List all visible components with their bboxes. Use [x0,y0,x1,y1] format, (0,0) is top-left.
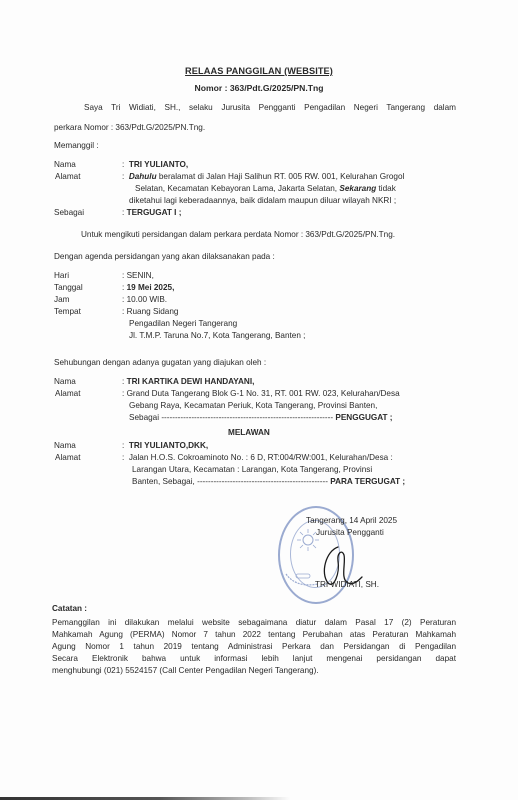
sekarang-text: Sekarang [339,184,376,193]
defendants-nama-value: TRI YULIANTO,DKK, [129,441,208,450]
summoned-alamat-line-3: diketahui lagi keberadaannya, baik didal… [129,196,396,205]
defendants-alamat-line-3: Banten, Sebagai, -----------------------… [132,477,405,486]
plaintiff-nama: : TRI KARTIKA DEWI HANDAYANI, [122,377,254,386]
catatan-heading: Catatan : [52,604,87,613]
plaintiff-role: PENGGUGAT ; [335,413,392,422]
catatan-line-3: Agung Nomor 1 tahun 2019 tentang Adminis… [52,642,456,651]
summoned-sebagai: : TERGUGAT I ; [122,208,181,217]
defendants-alamat-line-1: : Jalan H.O.S. Cokroaminoto No. : 6 D, R… [122,453,393,462]
summoned-alamat-line-2: Selatan, Kecamatan Kebayoran Lama, Jakar… [135,184,396,193]
plaintiff-alamat-line-2: Gebang Raya, Kecamatan Periuk, Kota Tang… [129,401,377,410]
defendants-alamat-label: Alamat [55,453,80,462]
summoned-sebagai-value: TERGUGAT I ; [127,208,182,217]
tempat: : Ruang Sidang [122,307,178,316]
summoned-sebagai-label: Sebagai [54,208,84,217]
intro-line-1: Saya Tri Widiati, SH., selaku Jurusita P… [84,103,456,112]
document-number: Nomor : 363/Pdt.G/2025/PN.Tng [0,83,518,93]
plaintiff-alamat-label: Alamat [55,389,80,398]
summoned-alamat-label: Alamat [55,172,80,181]
jam-value: 10.00 WIB. [127,295,168,304]
tempat-line-1: Ruang Sidang [127,307,179,316]
hari-value: SENIN, [127,271,154,280]
signature-name: TRI WIDIATI, SH. [315,580,379,589]
tempat-line-3: Jl. T.M.P. Taruna No.7, Kota Tangerang, … [129,331,305,340]
plaintiff-nama-value: TRI KARTIKA DEWI HANDAYANI, [127,377,255,386]
untuk-line: Untuk mengikuti persidangan dalam perkar… [81,230,395,239]
catatan-line-1: Pemanggilan ini dilakukan melalui websit… [52,618,456,627]
document-title: RELAAS PANGGILAN (WEBSITE) [0,66,518,76]
dahulu-text: Dahulu [129,172,157,181]
signature-place-date: Tangerang, 14 April 2025 [306,516,397,525]
alamat-line-2-pre: Selatan, Kecamatan Kebayoran Lama, Jakar… [135,184,339,193]
plaintiff-nama-label: Nama [54,377,76,386]
alamat-line-2-post: tidak [376,184,396,193]
intro-line-2: perkara Nomor : 363/Pdt.G/2025/PN.Tng. [54,123,205,132]
document-page: RELAAS PANGGILAN (WEBSITE) Nomor : 363/P… [0,0,518,800]
summoned-nama-value: TRI YULIANTO, [129,160,188,169]
jam: : 10.00 WIB. [122,295,167,304]
plaintiff-alamat-line-1: : Grand Duta Tangerang Blok G-1 No. 31, … [122,389,400,398]
catatan-line-4: Secara Elektronik bahwa untuk informasi … [52,654,456,663]
catatan-line-5: menghubungi (021) 5524157 (Call Center P… [52,666,319,675]
summoned-alamat-line-1: : Dahulu beralamat di Jalan Haji Salihun… [122,172,404,181]
plaintiff-alamat-line-1-text: Grand Duta Tangerang Blok G-1 No. 31, RT… [127,389,400,398]
gugatan-intro: Sehubungan dengan adanya gugatan yang di… [54,358,266,367]
defendants-dashes: Banten, Sebagai, -----------------------… [132,477,330,486]
tempat-line-2: Pengadilan Negeri Tangerang [129,319,237,328]
summoned-nama: : TRI YULIANTO, [122,160,188,169]
signature-position: Jurusita Pengganti [316,528,384,537]
agenda-intro: Dengan agenda persidangan yang akan dila… [54,252,275,261]
tanggal-label: Tanggal [54,283,83,292]
melawan-heading: MELAWAN [228,428,270,437]
plaintiff-dashes: Sebagai --------------------------------… [129,413,335,422]
jam-label: Jam [54,295,69,304]
plaintiff-alamat-line-3: Sebagai --------------------------------… [129,413,393,422]
defendants-alamat-line-1-text: Jalan H.O.S. Cokroaminoto No. : 6 D, RT:… [129,453,393,462]
defendants-alamat-line-2: Larangan Utara, Kecamatan : Larangan, Ko… [132,465,372,474]
hari: : SENIN, [122,271,154,280]
catatan-line-2: Mahkamah Agung (PERMA) Nomor 7 tahun 202… [52,630,456,639]
defendants-nama-label: Nama [54,441,76,450]
tempat-label: Tempat [54,307,81,316]
alamat-line-1-rest: beralamat di Jalan Haji Salihun RT. 005 … [157,172,405,181]
hari-label: Hari [54,271,69,280]
defendants-role: PARA TERGUGAT ; [330,477,405,486]
defendants-nama: : TRI YULIANTO,DKK, [122,441,208,450]
tanggal-value: 19 Mei 2025, [127,283,175,292]
memanggil-label: Memanggil : [54,141,99,150]
summoned-nama-label: Nama [54,160,76,169]
tanggal: : 19 Mei 2025, [122,283,174,292]
